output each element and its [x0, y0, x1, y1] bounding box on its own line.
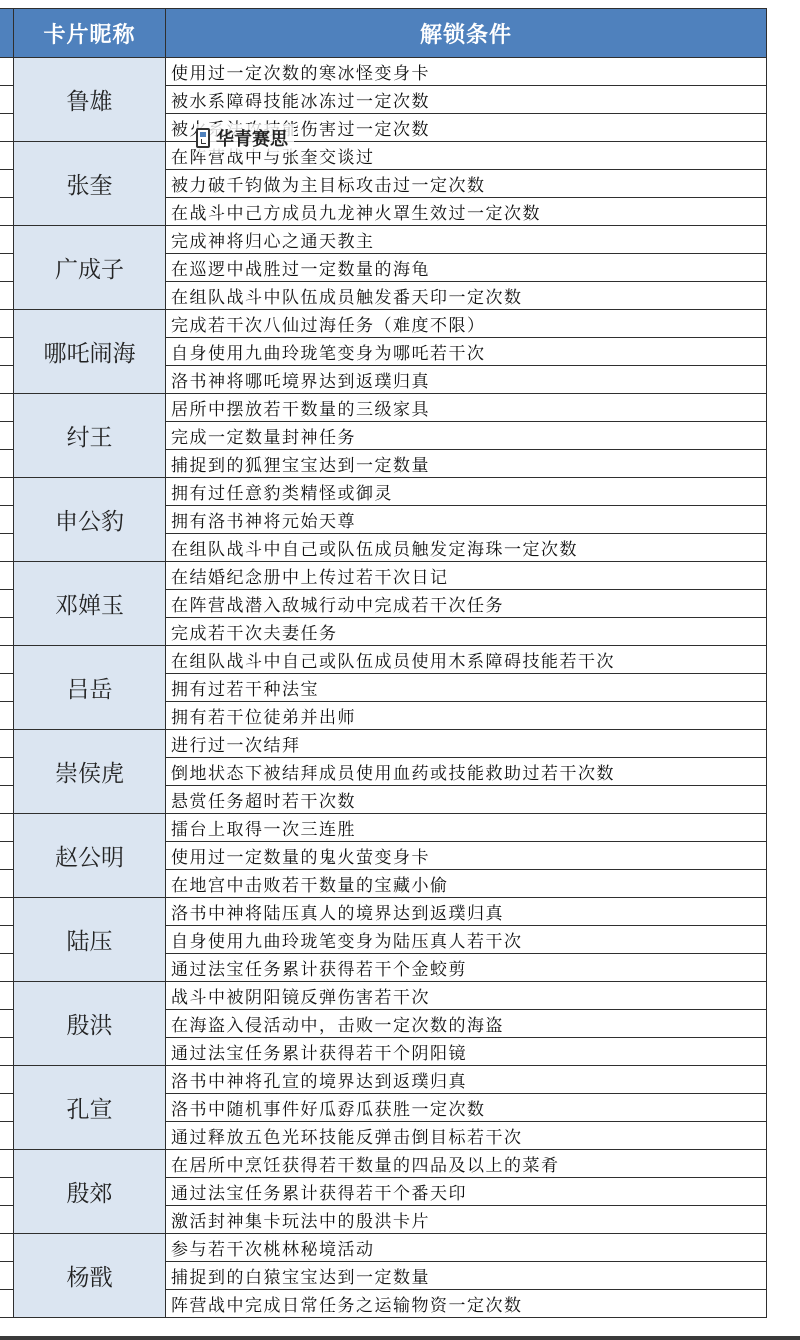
cut-off-cell: [0, 982, 14, 1010]
condition-cell: 在海盗入侵活动中，击败一定次数的海盗: [166, 1010, 767, 1038]
card-name-cell: 张奎: [14, 142, 166, 226]
card-name-cell: 孔宣: [14, 1066, 166, 1150]
card-name-cell: 吕岳: [14, 646, 166, 730]
cut-off-cell: [0, 786, 14, 814]
cut-off-cell: [0, 590, 14, 618]
condition-cell: 完成若干次夫妻任务: [166, 618, 767, 646]
table-row: 纣王居所中摆放若干数量的三级家具: [0, 394, 767, 422]
header-card-name: 卡片昵称: [14, 9, 166, 58]
condition-cell: 倒地状态下被结拜成员使用血药或技能救助过若干次数: [166, 758, 767, 786]
table-row: 邓婵玉在结婚纪念册中上传过若干次日记: [0, 562, 767, 590]
bottom-divider: [0, 1336, 800, 1340]
watermark: 华青赛思: [196, 124, 294, 152]
condition-cell: 居所中摆放若干数量的三级家具: [166, 394, 767, 422]
condition-cell: 完成神将归心之通天教主: [166, 226, 767, 254]
card-name-cell: 鲁雄: [14, 58, 166, 142]
condition-cell: 激活封神集卡玩法中的殷洪卡片: [166, 1206, 767, 1234]
cut-off-cell: [0, 1066, 14, 1094]
card-name-cell: 崇侯虎: [14, 730, 166, 814]
condition-cell: 在居所中烹饪获得若干数量的四品及以上的菜肴: [166, 1150, 767, 1178]
condition-cell: 拥有洛书神将元始天尊: [166, 506, 767, 534]
cut-off-cell: [0, 394, 14, 422]
table-row: 殷洪战斗中被阴阳镜反弹伤害若干次: [0, 982, 767, 1010]
cut-off-cell: [0, 198, 14, 226]
cut-off-cell: [0, 450, 14, 478]
cut-off-cell: [0, 114, 14, 142]
condition-cell: 在战斗中己方成员九龙神火罩生效过一定次数: [166, 198, 767, 226]
table-row: 广成子完成神将归心之通天教主: [0, 226, 767, 254]
condition-cell: 在组队战斗中自己或队伍成员使用木系障碍技能若干次: [166, 646, 767, 674]
condition-cell: 自身使用九曲玲珑笔变身为陆压真人若干次: [166, 926, 767, 954]
cut-off-cell: [0, 898, 14, 926]
cut-off-cell: [0, 618, 14, 646]
card-name-cell: 殷郊: [14, 1150, 166, 1234]
condition-cell: 拥有过任意豹类精怪或御灵: [166, 478, 767, 506]
cut-off-cell: [0, 562, 14, 590]
card-name-cell: 广成子: [14, 226, 166, 310]
cut-off-cell: [0, 814, 14, 842]
table-row: 吕岳在组队战斗中自己或队伍成员使用木系障碍技能若干次: [0, 646, 767, 674]
table-row: 殷郊在居所中烹饪获得若干数量的四品及以上的菜肴: [0, 1150, 767, 1178]
cut-off-cell: [0, 170, 14, 198]
table-row: 赵公明擂台上取得一次三连胜: [0, 814, 767, 842]
condition-cell: 在阵营战潜入敌城行动中完成若干次任务: [166, 590, 767, 618]
header-unlock-condition: 解锁条件: [166, 9, 767, 58]
condition-cell: 在巡逻中战胜过一定数量的海龟: [166, 254, 767, 282]
condition-cell: 完成若干次八仙过海任务（难度不限）: [166, 310, 767, 338]
condition-cell: 战斗中被阴阳镜反弹伤害若干次: [166, 982, 767, 1010]
condition-cell: 通过法宝任务累计获得若干个金蛟剪: [166, 954, 767, 982]
table-body: 鲁雄使用过一定次数的寒冰怪变身卡被水系障碍技能冰冻过一定次数被火系法攻技能伤害过…: [0, 58, 767, 1318]
cut-off-cell: [0, 338, 14, 366]
cut-off-cell: [0, 842, 14, 870]
cut-off-cell: [0, 254, 14, 282]
condition-cell: 自身使用九曲玲珑笔变身为哪吒若干次: [166, 338, 767, 366]
card-name-cell: 哪吒闹海: [14, 310, 166, 394]
condition-cell: 拥有过若干种法宝: [166, 674, 767, 702]
cut-off-cell: [0, 870, 14, 898]
cut-off-cell: [0, 1262, 14, 1290]
cut-off-cell: [0, 1122, 14, 1150]
card-name-cell: 邓婵玉: [14, 562, 166, 646]
condition-cell: 被力破千钧做为主目标攻击过一定次数: [166, 170, 767, 198]
cut-off-cell: [0, 730, 14, 758]
cut-off-cell: [0, 1234, 14, 1262]
condition-cell: 通过法宝任务累计获得若干个番天印: [166, 1178, 767, 1206]
card-name-cell: 申公豹: [14, 478, 166, 562]
condition-cell: 洛书中神将陆压真人的境界达到返璞归真: [166, 898, 767, 926]
cut-off-cell: [0, 226, 14, 254]
condition-cell: 拥有若干位徒弟并出师: [166, 702, 767, 730]
cut-off-cell: [0, 1038, 14, 1066]
condition-cell: 捕捉到的狐狸宝宝达到一定数量: [166, 450, 767, 478]
cut-off-cell: [0, 282, 14, 310]
cut-off-cell: [0, 926, 14, 954]
card-name-cell: 杨戬: [14, 1234, 166, 1318]
cut-off-cell: [0, 954, 14, 982]
condition-cell: 在地宫中击败若干数量的宝藏小偷: [166, 870, 767, 898]
condition-cell: 在结婚纪念册中上传过若干次日记: [166, 562, 767, 590]
cut-off-cell: [0, 310, 14, 338]
cut-off-cell: [0, 534, 14, 562]
unlock-conditions-table: 卡片昵称 解锁条件 鲁雄使用过一定次数的寒冰怪变身卡被水系障碍技能冰冻过一定次数…: [0, 8, 767, 1318]
cut-off-cell: [0, 58, 14, 86]
page: 卡片昵称 解锁条件 鲁雄使用过一定次数的寒冰怪变身卡被水系障碍技能冰冻过一定次数…: [0, 0, 800, 1340]
table-row: 陆压洛书中神将陆压真人的境界达到返璞归真: [0, 898, 767, 926]
cut-off-cell: [0, 1178, 14, 1206]
condition-cell: 使用过一定数量的鬼火萤变身卡: [166, 842, 767, 870]
condition-cell: 阵营战中完成日常任务之运输物资一定次数: [166, 1290, 767, 1318]
condition-cell: 在组队战斗中队伍成员触发番天印一定次数: [166, 282, 767, 310]
cut-off-cell: [0, 1094, 14, 1122]
condition-cell: 悬赏任务超时若干次数: [166, 786, 767, 814]
cut-off-cell: [0, 86, 14, 114]
table-row: 鲁雄使用过一定次数的寒冰怪变身卡: [0, 58, 767, 86]
condition-cell: 进行过一次结拜: [166, 730, 767, 758]
table-row: 崇侯虎进行过一次结拜: [0, 730, 767, 758]
card-name-cell: 陆压: [14, 898, 166, 982]
condition-cell: 洛书中神将孔宣的境界达到返璞归真: [166, 1066, 767, 1094]
condition-cell: 洛书神将哪吒境界达到返璞归真: [166, 366, 767, 394]
cut-off-cell: [0, 1150, 14, 1178]
condition-cell: 完成一定数量封神任务: [166, 422, 767, 450]
condition-cell: 使用过一定次数的寒冰怪变身卡: [166, 58, 767, 86]
condition-cell: 参与若干次桃林秘境活动: [166, 1234, 767, 1262]
condition-cell: 洛书中随机事件好瓜孬瓜获胜一定次数: [166, 1094, 767, 1122]
cut-off-cell: [0, 674, 14, 702]
cut-off-cell: [0, 758, 14, 786]
cut-off-cell: [0, 506, 14, 534]
cut-off-cell: [0, 1010, 14, 1038]
cut-off-cell: [0, 1290, 14, 1318]
book-icon: [196, 128, 210, 148]
condition-cell: 通过释放五色光环技能反弹击倒目标若干次: [166, 1122, 767, 1150]
cut-off-cell: [0, 702, 14, 730]
table-row: 申公豹拥有过任意豹类精怪或御灵: [0, 478, 767, 506]
cut-off-cell: [0, 646, 14, 674]
table-row: 张奎在阵营战中与张奎交谈过: [0, 142, 767, 170]
cut-off-cell: [0, 422, 14, 450]
condition-cell: 擂台上取得一次三连胜: [166, 814, 767, 842]
watermark-text: 华青赛思: [216, 125, 288, 151]
table-row: 孔宣洛书中神将孔宣的境界达到返璞归真: [0, 1066, 767, 1094]
cut-off-cell: [0, 366, 14, 394]
table-row: 哪吒闹海完成若干次八仙过海任务（难度不限）: [0, 310, 767, 338]
table-header-row: 卡片昵称 解锁条件: [0, 9, 767, 58]
condition-cell: 捕捉到的白猿宝宝达到一定数量: [166, 1262, 767, 1290]
cut-off-cell: [0, 1206, 14, 1234]
header-cut-off-column: [0, 9, 14, 58]
card-name-cell: 纣王: [14, 394, 166, 478]
condition-cell: 在组队战斗中自己或队伍成员触发定海珠一定次数: [166, 534, 767, 562]
cut-off-cell: [0, 142, 14, 170]
condition-cell: 被水系障碍技能冰冻过一定次数: [166, 86, 767, 114]
cut-off-cell: [0, 478, 14, 506]
card-name-cell: 赵公明: [14, 814, 166, 898]
table-row: 杨戬参与若干次桃林秘境活动: [0, 1234, 767, 1262]
condition-cell: 通过法宝任务累计获得若干个阴阳镜: [166, 1038, 767, 1066]
card-name-cell: 殷洪: [14, 982, 166, 1066]
